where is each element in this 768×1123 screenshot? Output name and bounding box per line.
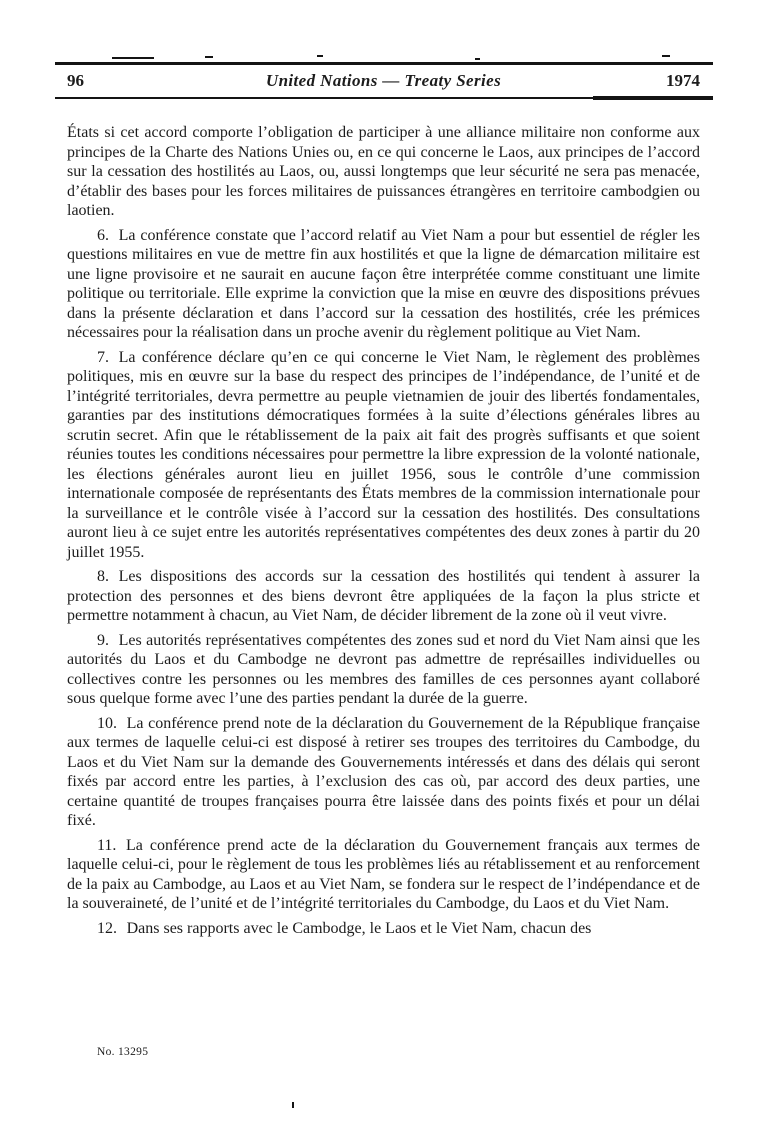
paragraph-number: 9.	[97, 632, 109, 649]
paragraph-text: Les autorités représentatives compétente…	[67, 632, 700, 708]
scan-artifact	[662, 55, 670, 57]
scan-artifact	[112, 57, 154, 59]
paragraph-9: 9.Les autorités représentatives compéten…	[67, 631, 700, 709]
page-body: 96 United Nations — Treaty Series 1974 É…	[55, 0, 713, 943]
paragraph-text: La conférence déclare qu’en ce qui conce…	[67, 349, 700, 561]
document-page: { "doc": { "header": { "page_number": "9…	[0, 0, 768, 1123]
paragraph-text: Les dispositions des accords sur la cess…	[67, 568, 700, 624]
paragraph-8: 8.Les dispositions des accords sur la ce…	[67, 567, 700, 626]
paragraph-text: Dans ses rapports avec le Cambodge, le L…	[127, 920, 592, 937]
paragraph-text: La conférence prend note de la déclarati…	[67, 715, 700, 830]
paragraph-6: 6.La conférence constate que l’accord re…	[67, 226, 700, 343]
paragraph-number: 10.	[97, 715, 117, 732]
paragraph-11: 11.La conférence prend acte de la déclar…	[67, 836, 700, 914]
paragraph-12: 12.Dans ses rapports avec le Cambodge, l…	[67, 919, 700, 939]
header-title: United Nations — Treaty Series	[137, 71, 630, 91]
scan-artifact	[317, 55, 323, 57]
paragraph-number: 12.	[97, 920, 117, 937]
paragraph-7: 7.La conférence déclare qu’en ce qui con…	[67, 348, 700, 563]
header-year: 1974	[630, 71, 700, 91]
running-header: 96 United Nations — Treaty Series 1974	[55, 65, 713, 97]
paragraph-text: La conférence constate que l’accord rela…	[67, 227, 700, 342]
body-text: États si cet accord comporte l’obligatio…	[67, 123, 700, 938]
paragraph-number: 7.	[97, 349, 109, 366]
header-bottom-rule	[55, 97, 713, 99]
scan-artifact	[593, 96, 713, 100]
paragraph-10: 10.La conférence prend note de la déclar…	[67, 714, 700, 831]
paragraph-continuation: États si cet accord comporte l’obligatio…	[67, 123, 700, 221]
scan-artifact	[292, 1102, 294, 1108]
paragraph-text: États si cet accord comporte l’obligatio…	[67, 124, 700, 219]
paragraph-number: 6.	[97, 227, 109, 244]
scan-artifact	[475, 58, 480, 60]
scan-artifact	[205, 56, 213, 58]
page-number: 96	[67, 71, 137, 91]
paragraph-number: 8.	[97, 568, 109, 585]
treaty-number-footnote: No. 13295	[97, 1046, 148, 1058]
paragraph-number: 11.	[97, 837, 116, 854]
paragraph-text: La conférence prend acte de la déclarati…	[67, 837, 700, 913]
